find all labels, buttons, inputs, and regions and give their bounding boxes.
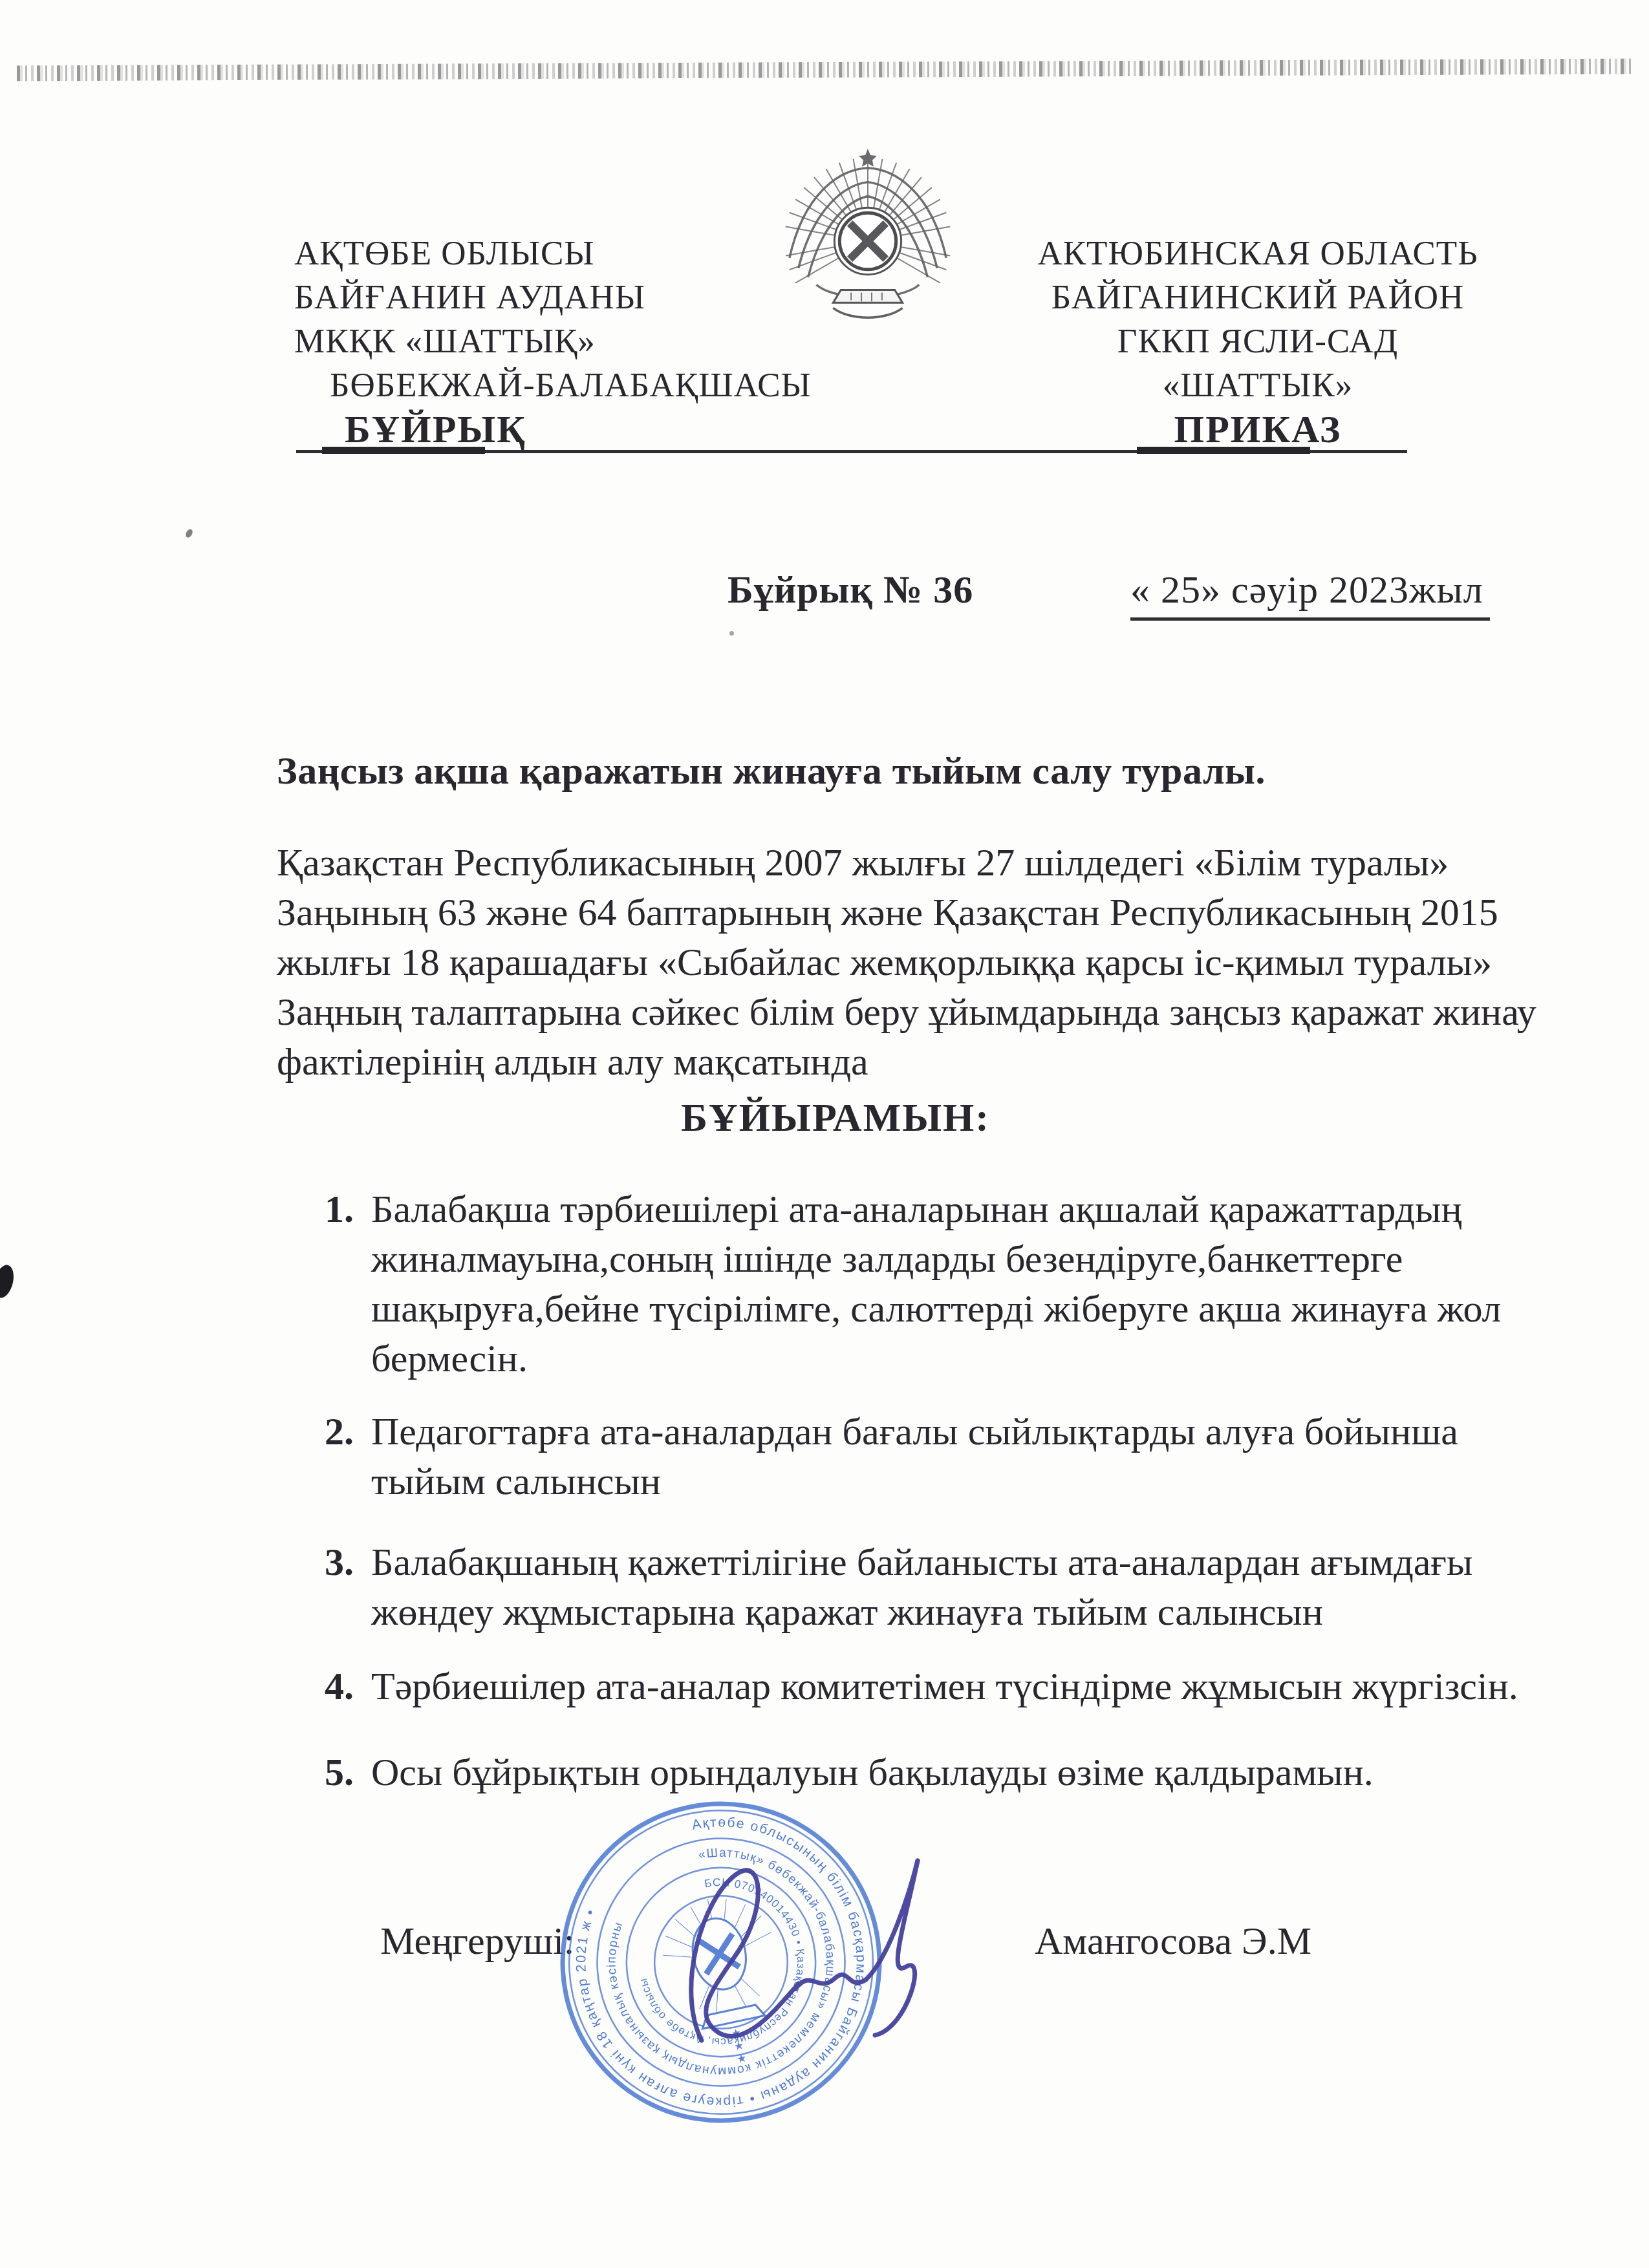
item-number: 4. bbox=[325, 1662, 371, 1711]
org-name-line: БӨБЕКЖАЙ-БАЛАБАҚШАСЫ bbox=[294, 363, 812, 407]
kazakhstan-emblem-icon bbox=[771, 144, 964, 339]
item-text: Тәрбиешілер ата-аналар комитетімен түсін… bbox=[371, 1662, 1518, 1711]
org-name-line: БАЙҒАНИН АУДАНЫ bbox=[294, 275, 812, 319]
header-underline-thick-right bbox=[1137, 447, 1310, 454]
org-name-line: АКТЮБИНСКАЯ ОБЛАСТЬ bbox=[989, 231, 1526, 275]
scan-ink-blob bbox=[0, 1263, 17, 1300]
scan-speck bbox=[729, 631, 734, 636]
org-name-line: «ШАТТЫК» bbox=[989, 363, 1526, 407]
order-item: 4. Тәрбиешілер ата-аналар комитетімен тү… bbox=[325, 1662, 1553, 1711]
resolution-heading: БҰЙЫРАМЫН: bbox=[278, 1095, 1393, 1141]
org-name-line: БАЙГАНИНСКИЙ РАЙОН bbox=[989, 275, 1526, 319]
preamble-paragraph: Қазақстан Республикасының 2007 жылғы 27 … bbox=[277, 838, 1560, 1087]
item-number: 2. bbox=[325, 1407, 371, 1457]
org-header-kazakh: АҚТӨБЕ ОБЛЫСЫ БАЙҒАНИН АУДАНЫ МКҚК «ШАТТ… bbox=[294, 231, 812, 451]
org-name-line: АҚТӨБЕ ОБЛЫСЫ bbox=[294, 231, 812, 275]
order-item: 5. Осы бұйрықтын орындалуын бақылауды өз… bbox=[325, 1748, 1553, 1797]
scan-noise-band bbox=[17, 59, 1635, 81]
header-underline-thick-left bbox=[322, 447, 485, 454]
scanned-order-document: АҚТӨБЕ ОБЛЫСЫ БАЙҒАНИН АУДАНЫ МКҚК «ШАТТ… bbox=[0, 0, 1649, 2268]
org-header-russian: АКТЮБИНСКАЯ ОБЛАСТЬ БАЙГАНИНСКИЙ РАЙОН Г… bbox=[989, 231, 1526, 451]
item-number: 5. bbox=[325, 1748, 371, 1797]
handwritten-signature-icon bbox=[605, 1834, 943, 2082]
order-item: 1. Балабақша тәрбиешілері ата-аналарынан… bbox=[325, 1184, 1553, 1384]
org-name-line: ГККП ЯСЛИ-САД bbox=[989, 319, 1526, 363]
item-text: Балабақшаның қажеттілігіне байланысты ат… bbox=[371, 1537, 1472, 1637]
order-number: Бұйрық № 36 bbox=[727, 568, 973, 612]
item-number: 3. bbox=[325, 1537, 371, 1587]
scan-speck bbox=[184, 528, 194, 539]
item-text: Педагогтарға ата-аналардан бағалы сыйлық… bbox=[371, 1407, 1458, 1506]
item-text: Балабақша тәрбиешілері ата-аналарынан ақ… bbox=[371, 1184, 1502, 1384]
subject-line: Заңсыз ақша қаражатын жинауға тыйым салу… bbox=[277, 749, 1266, 793]
order-word-russian: ПРИКАЗ bbox=[989, 407, 1526, 451]
item-text: Осы бұйрықтын орындалуын бақылауды өзіме… bbox=[371, 1748, 1374, 1797]
order-item: 3. Балабақшаның қажеттілігіне байланысты… bbox=[325, 1537, 1553, 1637]
item-number: 1. bbox=[325, 1184, 371, 1234]
order-date: « 25» сәуір 2023жыл bbox=[1130, 568, 1490, 621]
signature-name: Амангосова Э.М bbox=[1035, 1919, 1311, 1963]
order-item: 2. Педагогтарға ата-аналардан бағалы сый… bbox=[325, 1407, 1553, 1506]
org-name-line: МКҚК «ШАТТЫҚ» bbox=[294, 319, 812, 363]
order-word-kazakh: БҰЙРЫҚ bbox=[294, 407, 812, 451]
